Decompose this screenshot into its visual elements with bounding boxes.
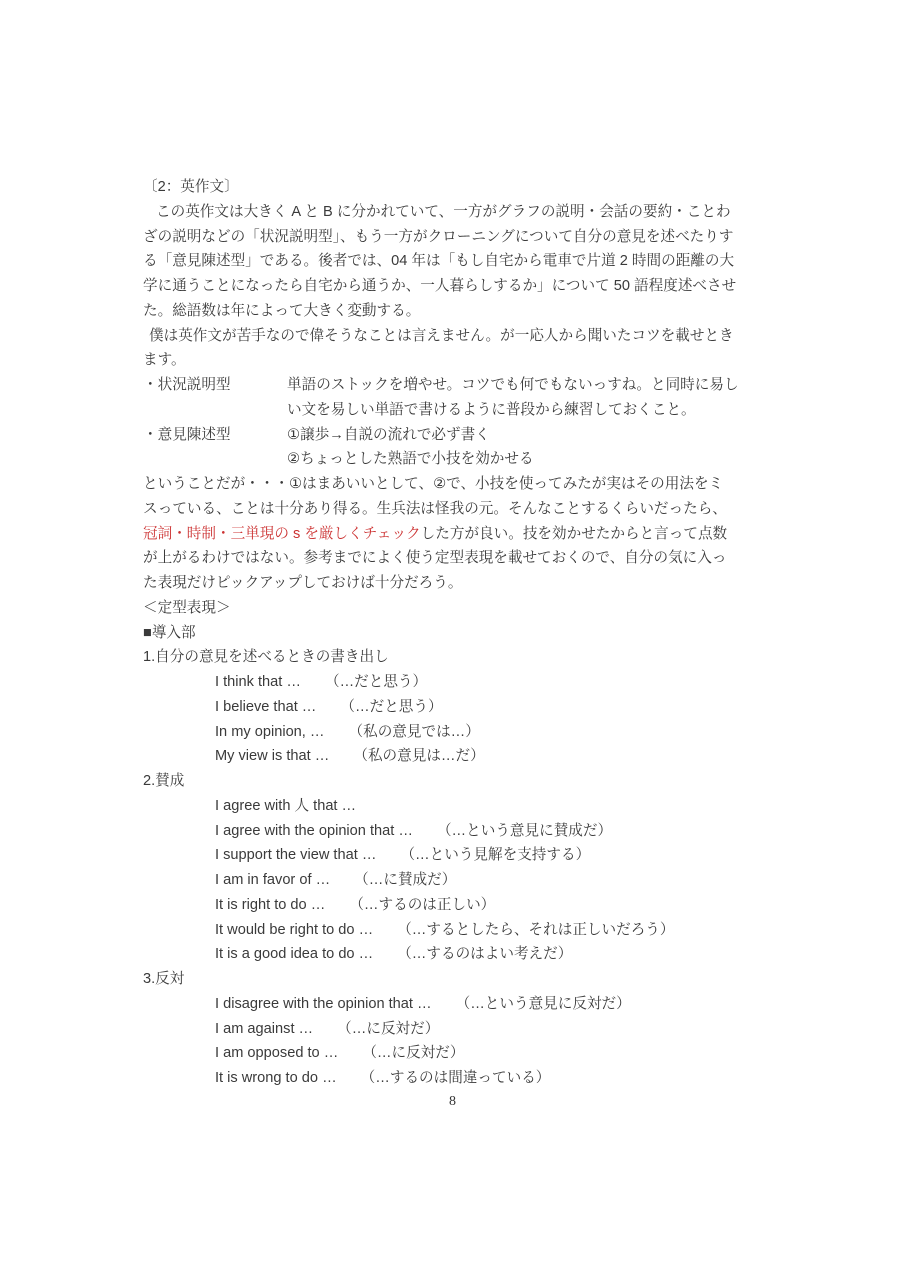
phrase-english: It is right to do … [215,897,325,913]
phrase-translation: （…という意見に反対だ） [456,996,631,1012]
phrase-translation: （…という意見に賛成だ） [437,823,612,839]
phrase-english: I believe that … [215,699,316,715]
document-page: 〔2：英作文〕この英作文は大きく A と B に分かれていて、一方がグラフの説明… [0,0,905,1280]
subsection-heading: ■導入部 [143,621,769,646]
list-heading: 2.賛成 [143,769,769,794]
phrase-line: I support the view that …（…という見解を支持する） [143,843,769,868]
text-line: 僕は英作文が苦手なので偉そうなことは言えません。が一応人から聞いたコツを載せとき [143,324,769,349]
phrase-line: I agree with 人 that … [143,794,769,819]
phrase-line: My view is that …（私の意見は…だ） [143,744,769,769]
term-label: ・状況説明型 [143,373,287,398]
phrase-english: I am against … [215,1021,313,1037]
phrase-english: My view is that … [215,748,329,764]
highlighted-text: 冠詞・時制・三単現の s を厳しくチェック [143,526,421,542]
term-label: ・意見陳述型 [143,423,287,448]
section-heading: 〔2：英作文〕 [143,175,769,200]
phrase-line: I think that …（…だと思う） [143,670,769,695]
phrase-translation: （…だと思う） [325,674,427,690]
phrase-english: It is a good idea to do … [215,946,373,962]
phrase-line: I am in favor of …（…に賛成だ） [143,868,769,893]
definition-line: ・状況説明型単語のストックを増やせ。コツでも何でもないっすね。と同時に易し [143,373,769,398]
definition-line: ・意見陳述型①譲歩→自説の流れで必ず書く [143,423,769,448]
phrase-line: I am opposed to …（…に反対だ） [143,1041,769,1066]
phrase-english: It is wrong to do … [215,1070,337,1086]
text-line: た表現だけピックアップしておけば十分だろう。 [143,571,769,596]
definition-continuation: ②ちょっとした熟語で小技を効かせる [143,447,769,472]
phrase-english: I am opposed to … [215,1045,338,1061]
text-line: ということだが・・・①はまあいいとして、②で、小技を使ってみたが実はその用法をミ [143,472,769,497]
phrase-translation: （…に反対だ） [337,1021,439,1037]
text-line: が上がるわけではない。参考までによく使う定型表現を載せておくので、自分の気に入っ [143,546,769,571]
phrase-english: I agree with 人 that … [215,798,356,814]
text-line: た。総語数は年によって大きく変動する。 [143,299,769,324]
text-line: スっている、ことは十分あり得る。生兵法は怪我の元。そんなことするくらいだったら、 [143,497,769,522]
phrase-translation: （…という見解を支持する） [400,847,590,863]
phrase-translation: （…に賛成だ） [354,872,456,888]
document-text-block: 〔2：英作文〕この英作文は大きく A と B に分かれていて、一方がグラフの説明… [143,175,769,1091]
phrase-translation: （…するのは正しい） [349,897,495,913]
phrase-line: I am against …（…に反対だ） [143,1017,769,1042]
definition-text: 単語のストックを増やせ。コツでも何でもないっすね。と同時に易し [287,373,739,398]
definition-text: ①譲歩→自説の流れで必ず書く [287,423,490,448]
subsection-heading: ＜定型表現＞ [143,596,769,621]
text-line: る「意見陳述型」である。後者では、04 年は「もし自宅から電車で片道 2 時間の… [143,249,769,274]
phrase-translation: （…するとしたら、それは正しいだろう） [397,922,674,938]
phrase-english: I am in favor of … [215,872,330,888]
phrase-line: It is a good idea to do …（…するのはよい考えだ） [143,942,769,967]
text-line: 冠詞・時制・三単現の s を厳しくチェックした方が良い。技を効かせたからと言って… [143,522,769,547]
definition-continuation: い文を易しい単語で書けるように普段から練習しておくこと。 [143,398,769,423]
phrase-translation: （私の意見は…だ） [353,748,484,764]
phrase-line: It would be right to do …（…するとしたら、それは正しい… [143,918,769,943]
phrase-translation: （…するのは間違っている） [361,1070,551,1086]
phrase-line: It is right to do …（…するのは正しい） [143,893,769,918]
phrase-line: I believe that …（…だと思う） [143,695,769,720]
phrase-english: In my opinion, … [215,724,325,740]
phrase-translation: （…に反対だ） [362,1045,464,1061]
phrase-line: In my opinion, …（私の意見では…） [143,720,769,745]
text-segment: した方が良い。技を効かせたからと言って点数 [421,526,727,542]
text-line: ます。 [143,348,769,373]
phrase-english: I support the view that … [215,847,376,863]
text-line: この英作文は大きく A と B に分かれていて、一方がグラフの説明・会話の要約・… [143,200,769,225]
phrase-english: It would be right to do … [215,922,373,938]
phrase-line: I agree with the opinion that …（…という意見に賛… [143,819,769,844]
text-line: 学に通うことになったら自宅から通うか、一人暮らしするか」について 50 語程度述… [143,274,769,299]
phrase-line: I disagree with the opinion that …（…という意… [143,992,769,1017]
text-line: ざの説明などの「状況説明型」、もう一方がクローニングについて自分の意見を述べたり… [143,225,769,250]
phrase-english: I agree with the opinion that … [215,823,413,839]
phrase-line: It is wrong to do …（…するのは間違っている） [143,1066,769,1091]
list-heading: 1.自分の意見を述べるときの書き出し [143,645,769,670]
phrase-translation: （…するのはよい考えだ） [397,946,572,962]
phrase-translation: （…だと思う） [340,699,442,715]
phrase-english: I think that … [215,674,301,690]
phrase-translation: （私の意見では…） [349,724,480,740]
page-number: 8 [0,1092,905,1112]
list-heading: 3.反対 [143,967,769,992]
phrase-english: I disagree with the opinion that … [215,996,432,1012]
